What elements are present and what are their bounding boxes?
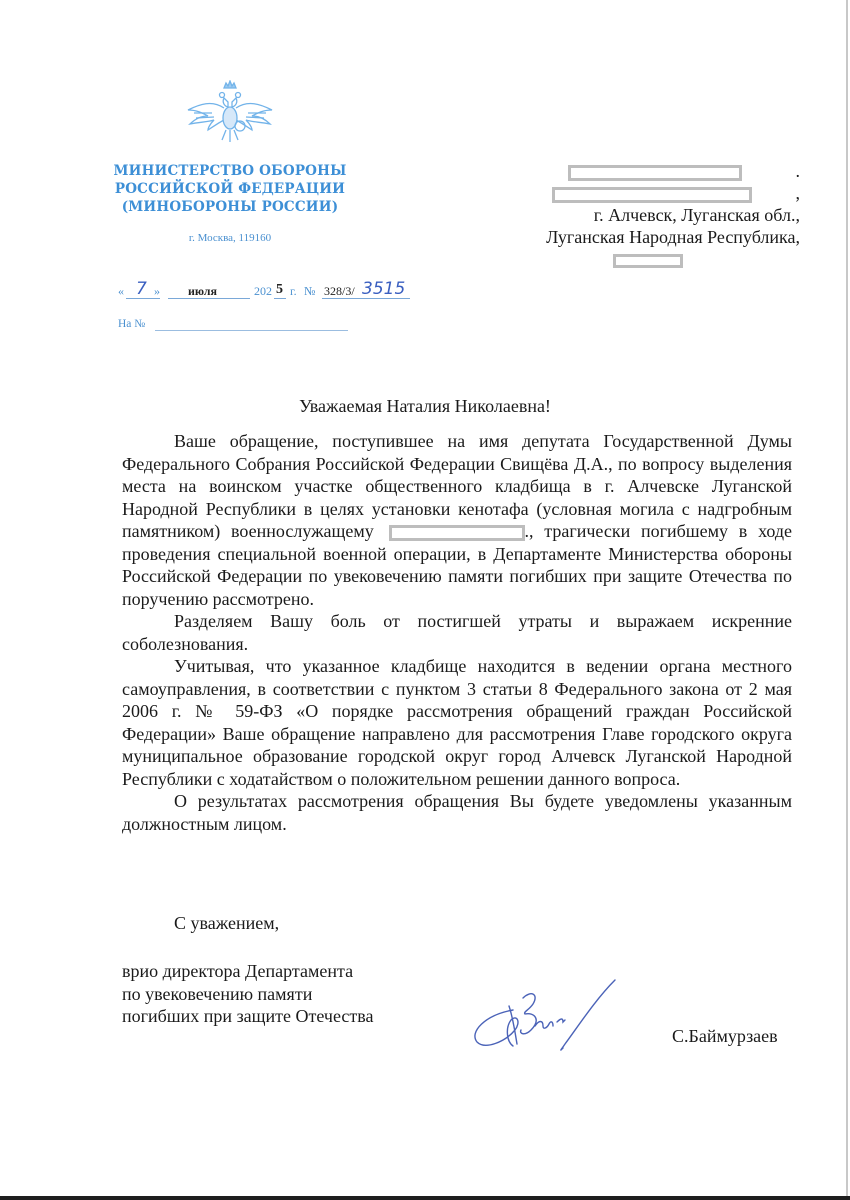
letter-body: Ваше обращение, поступившее на имя депут…	[122, 430, 792, 835]
closing: С уважением,	[174, 913, 279, 934]
paragraph-4: О результатах рассмотрения обращения Вы …	[122, 790, 792, 835]
handwritten-signature-icon	[465, 970, 635, 1055]
outgoing-number-handwritten: 3515	[362, 279, 405, 299]
redaction-box	[613, 254, 683, 268]
month-underline	[168, 298, 250, 299]
signatory-name: С.Баймурзаев	[672, 1026, 778, 1047]
outgoing-number-printed: 328/3/	[324, 284, 355, 299]
page-bottom-edge	[0, 1196, 850, 1200]
addressee-line-redacted-3	[480, 248, 800, 270]
signatory-position-line-2: по увековечению памяти	[122, 983, 374, 1006]
ministry-name-line-2: РОССИЙСКОЙ ФЕДЕРАЦИИ	[110, 180, 350, 198]
signatory-position: врио директора Департамента по увековече…	[122, 960, 374, 1028]
reference-number-label: На №	[118, 318, 145, 330]
date-open-quote: «	[118, 284, 124, 299]
redaction-box	[568, 165, 742, 181]
addressee-block: . , г. Алчевск, Луганская обл., Луганска…	[480, 160, 800, 270]
double-headed-eagle-emblem-icon	[182, 80, 278, 144]
ministry-name-line-3: (МИНОБОРОНЫ РОССИИ)	[110, 198, 350, 216]
addressee-city: г. Алчевск, Луганская обл.,	[480, 204, 800, 226]
signatory-position-line-3: погибших при защите Отечества	[122, 1005, 374, 1028]
reference-number-field	[155, 330, 348, 331]
salutation: Уважаемая Наталия Николаевна!	[0, 396, 850, 417]
addressee-line-redacted-1: .	[480, 160, 800, 182]
date-day-handwritten: 7	[136, 279, 147, 299]
signatory-position-line-1: врио директора Департамента	[122, 960, 374, 983]
date-year-suffix: 5	[276, 282, 283, 298]
paragraph-3: Учитывая, что указанное кладбище находит…	[122, 655, 792, 790]
number-underline	[322, 298, 410, 299]
date-month: июля	[188, 284, 217, 299]
paragraph-1: Ваше обращение, поступившее на имя депут…	[122, 430, 792, 610]
ministry-name: МИНИСТЕРСТВО ОБОРОНЫ РОССИЙСКОЙ ФЕДЕРАЦИ…	[110, 162, 350, 216]
ministry-name-line-1: МИНИСТЕРСТВО ОБОРОНЫ	[110, 162, 350, 180]
redacted-serviceman-name	[389, 525, 525, 541]
ministry-city: г. Москва, 119160	[110, 232, 350, 244]
date-close-quote: »	[154, 284, 160, 299]
date-year-prefix: 202	[254, 284, 272, 299]
number-sign: №	[304, 284, 315, 299]
addressee-line-redacted-2: ,	[480, 182, 800, 204]
page-right-edge	[846, 0, 848, 1196]
addressee-region: Луганская Народная Республика,	[480, 226, 800, 248]
year-underline	[274, 298, 286, 299]
redaction-box	[552, 187, 752, 203]
date-year-label: г.	[290, 284, 297, 299]
paragraph-2: Разделяем Вашу боль от постигшей утраты …	[122, 610, 792, 655]
